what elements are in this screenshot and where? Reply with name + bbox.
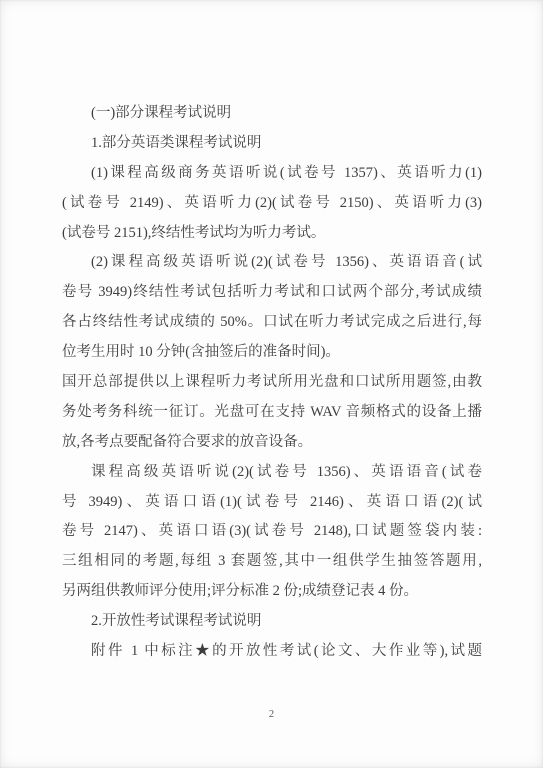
- text-line: 2.开放性考试课程考试说明: [62, 607, 482, 637]
- text-line: 课程高级英语听说(2)(试卷号 1356)、英语语音(试卷: [62, 458, 482, 488]
- text-line: 位考生用时 10 分钟(含抽签后的准备时间)。: [62, 338, 482, 368]
- text-line: 卷号 3949)终结性考试包括听力考试和口试两个部分,考试成绩: [62, 278, 482, 308]
- text-line: (1)课程高级商务英语听说(试卷号 1357)、英语听力(1): [62, 159, 482, 189]
- text-line: 附件 1 中标注★的开放性考试(论文、大作业等),试题: [62, 637, 482, 667]
- text-line: 1.部分英语类课程考试说明: [62, 129, 482, 159]
- page-number: 2: [0, 709, 543, 720]
- text-line: (2)课程高级英语听说(2)(试卷号 1356)、英语语音(试: [62, 248, 482, 278]
- text-line: 放,各考点要配备符合要求的放音设备。: [62, 428, 482, 458]
- document-text-block: (一)部分课程考试说明 1.部分英语类课程考试说明 (1)课程高级商务英语听说(…: [62, 99, 482, 667]
- document-page: (一)部分课程考试说明 1.部分英语类课程考试说明 (1)课程高级商务英语听说(…: [0, 0, 543, 768]
- text-line: 务处考务科统一征订。光盘可在支持 WAV 音频格式的设备上播: [62, 398, 482, 428]
- text-line: (一)部分课程考试说明: [62, 99, 482, 129]
- text-line: 卷号 2147)、英语口语(3)(试卷号 2148),口试题签袋内装:: [62, 517, 482, 547]
- text-line: (试卷号 2149)、英语听力(2)(试卷号 2150)、英语听力(3): [62, 189, 482, 219]
- text-line: 号 3949)、英语口语(1)(试卷号 2146)、英语口语(2)(试: [62, 488, 482, 518]
- text-line: 另两组供教师评分使用;评分标准 2 份;成绩登记表 4 份。: [62, 577, 482, 607]
- text-line: 国开总部提供以上课程听力考试所用光盘和口试所用题签,由教: [62, 368, 482, 398]
- text-line: 各占终结性考试成绩的 50%。口试在听力考试完成之后进行,每: [62, 308, 482, 338]
- text-line: (试卷号 2151),终结性考试均为听力考试。: [62, 219, 482, 249]
- text-line: 三组相同的考题,每组 3 套题签,其中一组供学生抽签答题用,: [62, 547, 482, 577]
